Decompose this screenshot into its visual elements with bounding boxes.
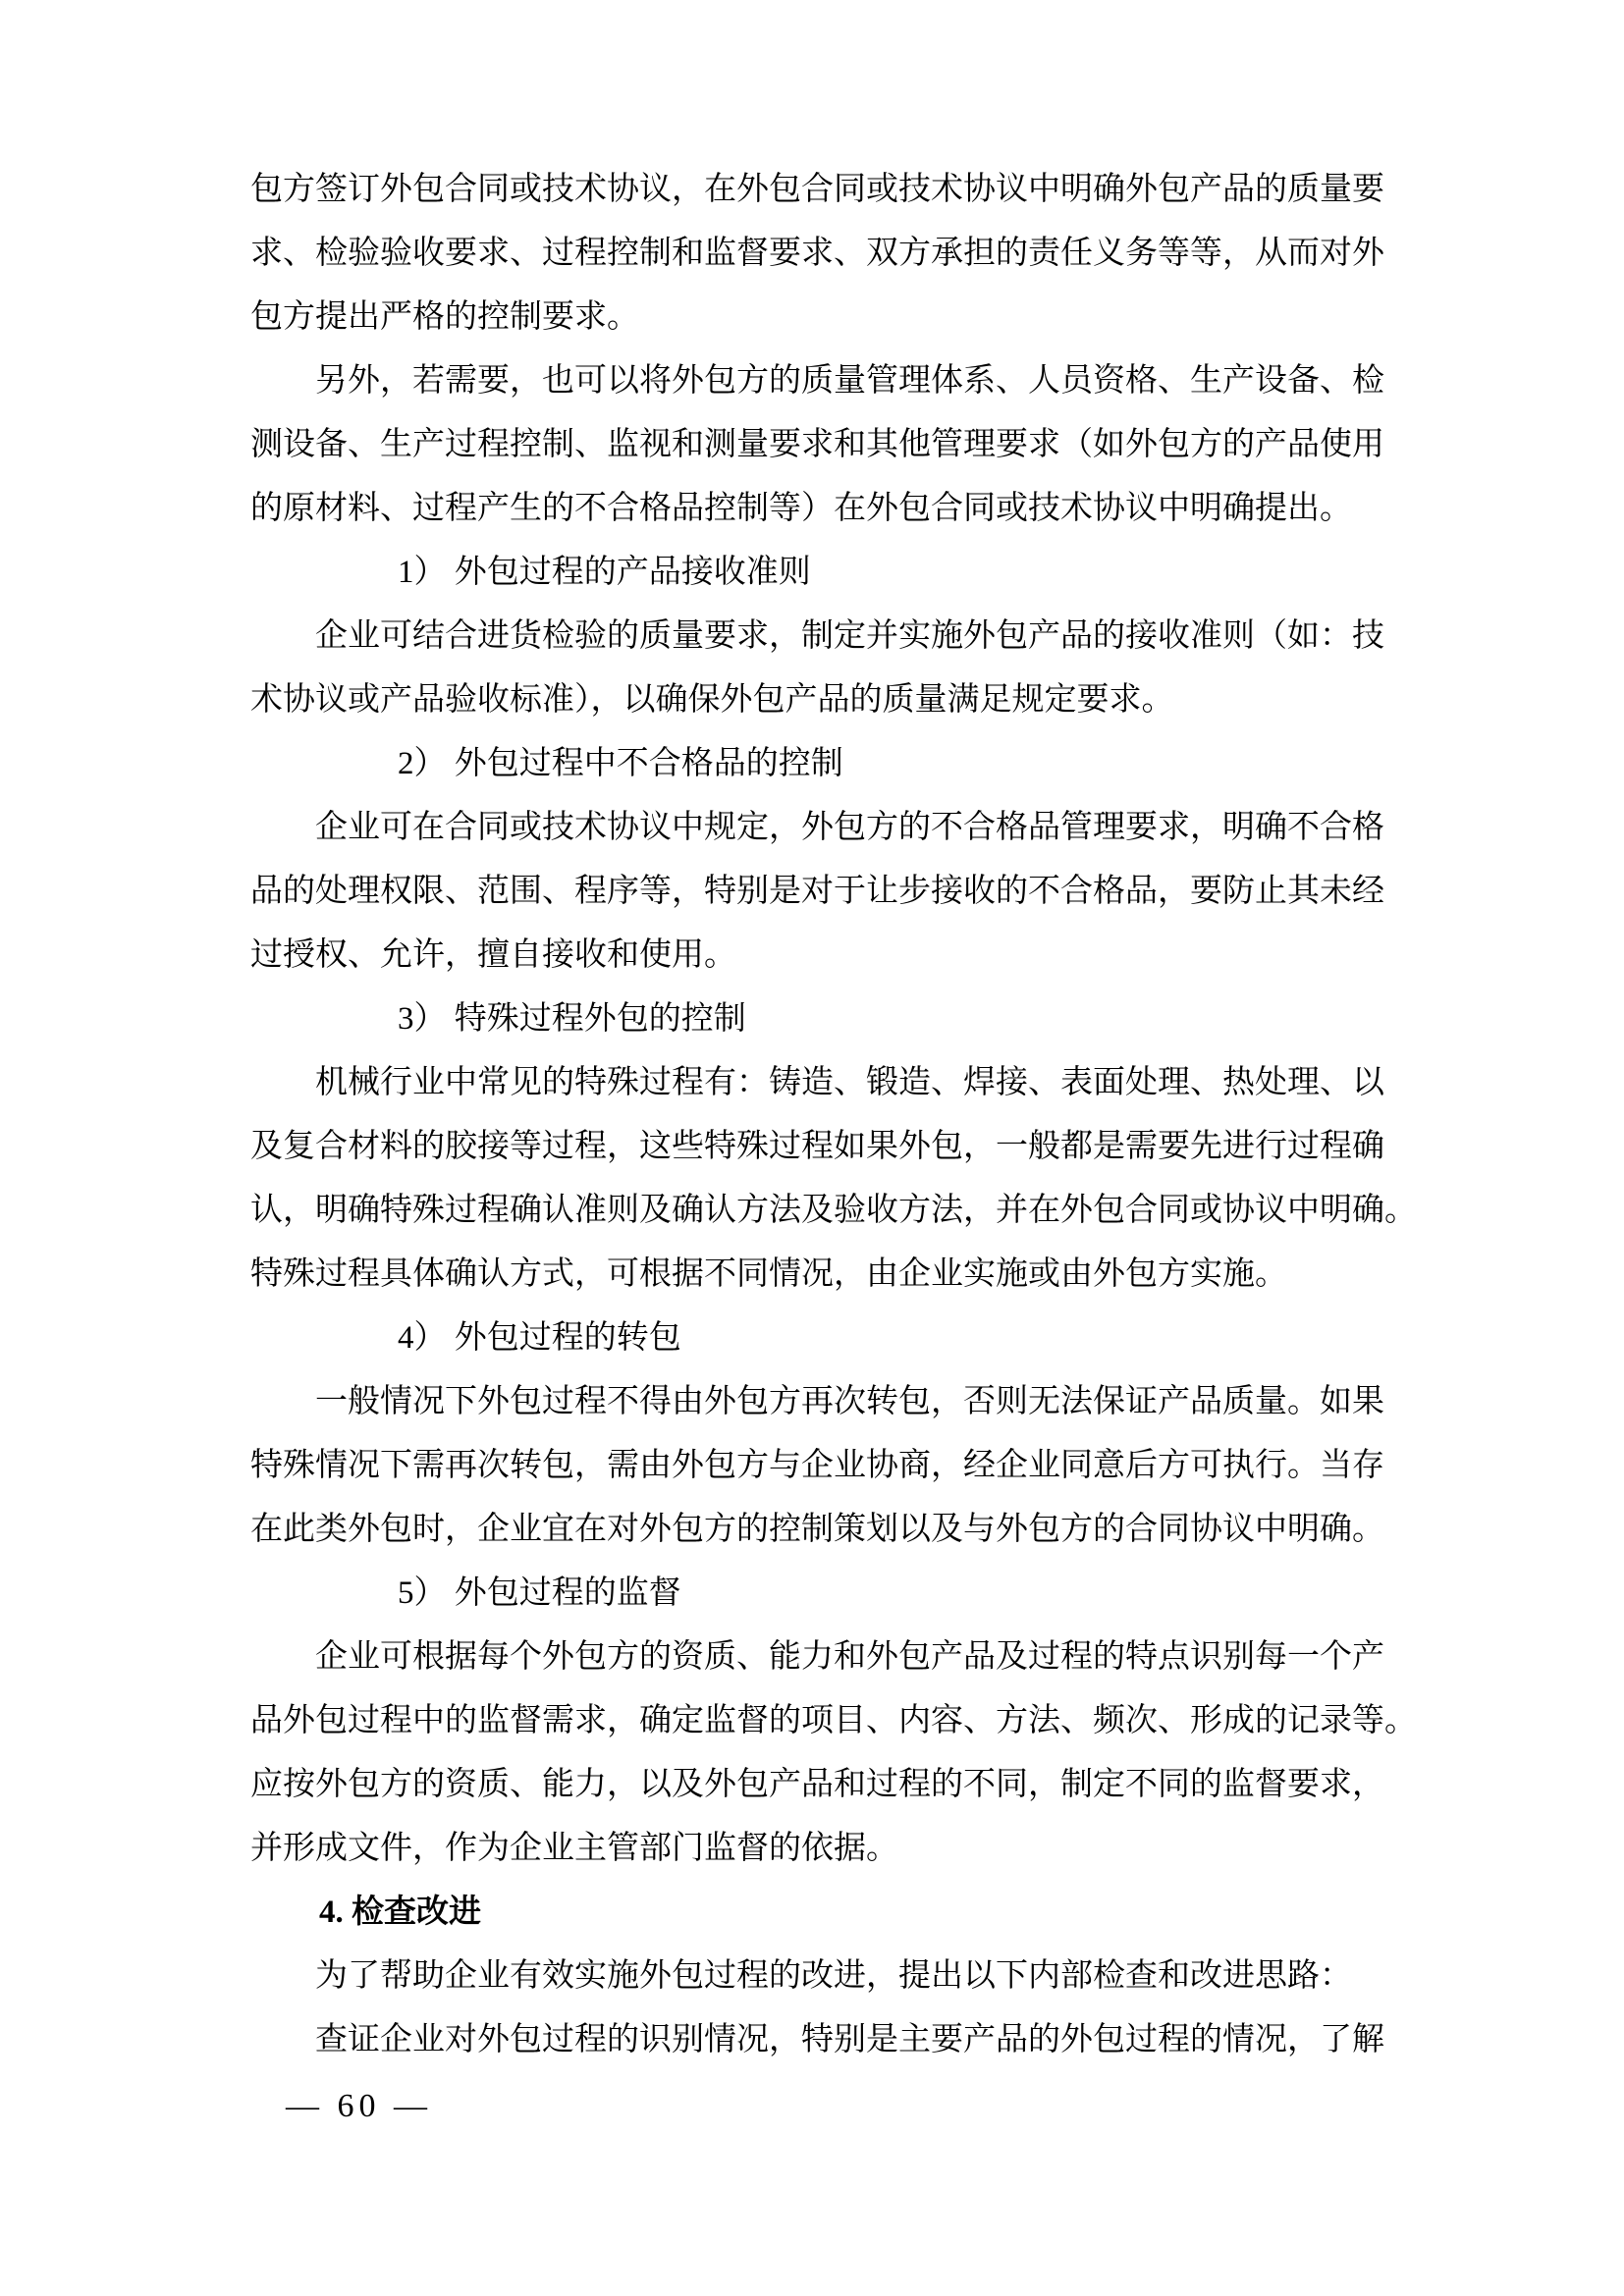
text-line: 测设备、生产过程控制、监视和测量要求和其他管理要求（如外包方的产品使用 [250,413,1399,477]
body-text-block: 包方签订外包合同或技术协议，在外包合同或技术协议中明确外包产品的质量要 求、检验… [250,158,1399,2072]
text-line: 包方提出严格的控制要求。 [250,286,1399,349]
text-line: 认，明确特殊过程确认准则及确认方法及验收方法，并在外包合同或协议中明确。 [250,1179,1399,1243]
numbered-item-heading: 2） 外包过程中不合格品的控制 [250,732,1399,796]
text-line: 并形成文件，作为企业主管部门监督的依据。 [250,1817,1399,1881]
paragraph-first-line: 另外，若需要，也可以将外包方的质量管理体系、人员资格、生产设备、检 [250,349,1399,413]
text-line: 特殊过程具体确认方式，可根据不同情况，由企业实施或由外包方实施。 [250,1243,1399,1307]
paragraph-first-line: 企业可结合进货检验的质量要求，制定并实施外包产品的接收准则（如：技 [250,605,1399,668]
paragraph-first-line: 一般情况下外包过程不得由外包方再次转包，否则无法保证产品质量。如果 [250,1370,1399,1434]
text-line: 求、检验验收要求、过程控制和监督要求、双方承担的责任义务等等，从而对外 [250,222,1399,286]
text-line: 包方签订外包合同或技术协议，在外包合同或技术协议中明确外包产品的质量要 [250,158,1399,222]
text-line: 品外包过程中的监督需求，确定监督的项目、内容、方法、频次、形成的记录等。 [250,1689,1399,1753]
text-line: 应按外包方的资质、能力，以及外包产品和过程的不同，制定不同的监督要求， [250,1753,1399,1817]
text-line: 术协议或产品验收标准），以确保外包产品的质量满足规定要求。 [250,668,1399,732]
page-number: — 60 — [286,2074,432,2138]
text-line: 在此类外包时，企业宜在对外包方的控制策划以及与外包方的合同协议中明确。 [250,1498,1399,1562]
document-page: 包方签订外包合同或技术协议，在外包合同或技术协议中明确外包产品的质量要 求、检验… [0,0,1624,2296]
numbered-item-heading: 4） 外包过程的转包 [250,1307,1399,1370]
paragraph-first-line: 企业可在合同或技术协议中规定，外包方的不合格品管理要求，明确不合格 [250,796,1399,860]
paragraph-first-line: 查证企业对外包过程的识别情况，特别是主要产品的外包过程的情况，了解 [250,2008,1399,2072]
text-line: 特殊情况下需再次转包，需由外包方与企业协商，经企业同意后方可执行。当存 [250,1434,1399,1498]
text-line: 的原材料、过程产生的不合格品控制等）在外包合同或技术协议中明确提出。 [250,477,1399,541]
numbered-item-heading: 3） 特殊过程外包的控制 [250,988,1399,1051]
text-line: 过授权、允许，擅自接收和使用。 [250,924,1399,988]
text-line: 及复合材料的胶接等过程，这些特殊过程如果外包，一般都是需要先进行过程确 [250,1115,1399,1179]
text-line: 品的处理权限、范围、程序等，特别是对于让步接收的不合格品，要防止其未经 [250,860,1399,924]
paragraph-first-line: 为了帮助企业有效实施外包过程的改进，提出以下内部检查和改进思路： [250,1945,1399,2008]
paragraph-first-line: 企业可根据每个外包方的资质、能力和外包产品及过程的特点识别每一个产 [250,1626,1399,1689]
section-heading: 4. 检查改进 [250,1881,1399,1945]
paragraph-first-line: 机械行业中常见的特殊过程有：铸造、锻造、焊接、表面处理、热处理、以 [250,1051,1399,1115]
numbered-item-heading: 5） 外包过程的监督 [250,1562,1399,1626]
numbered-item-heading: 1） 外包过程的产品接收准则 [250,541,1399,605]
